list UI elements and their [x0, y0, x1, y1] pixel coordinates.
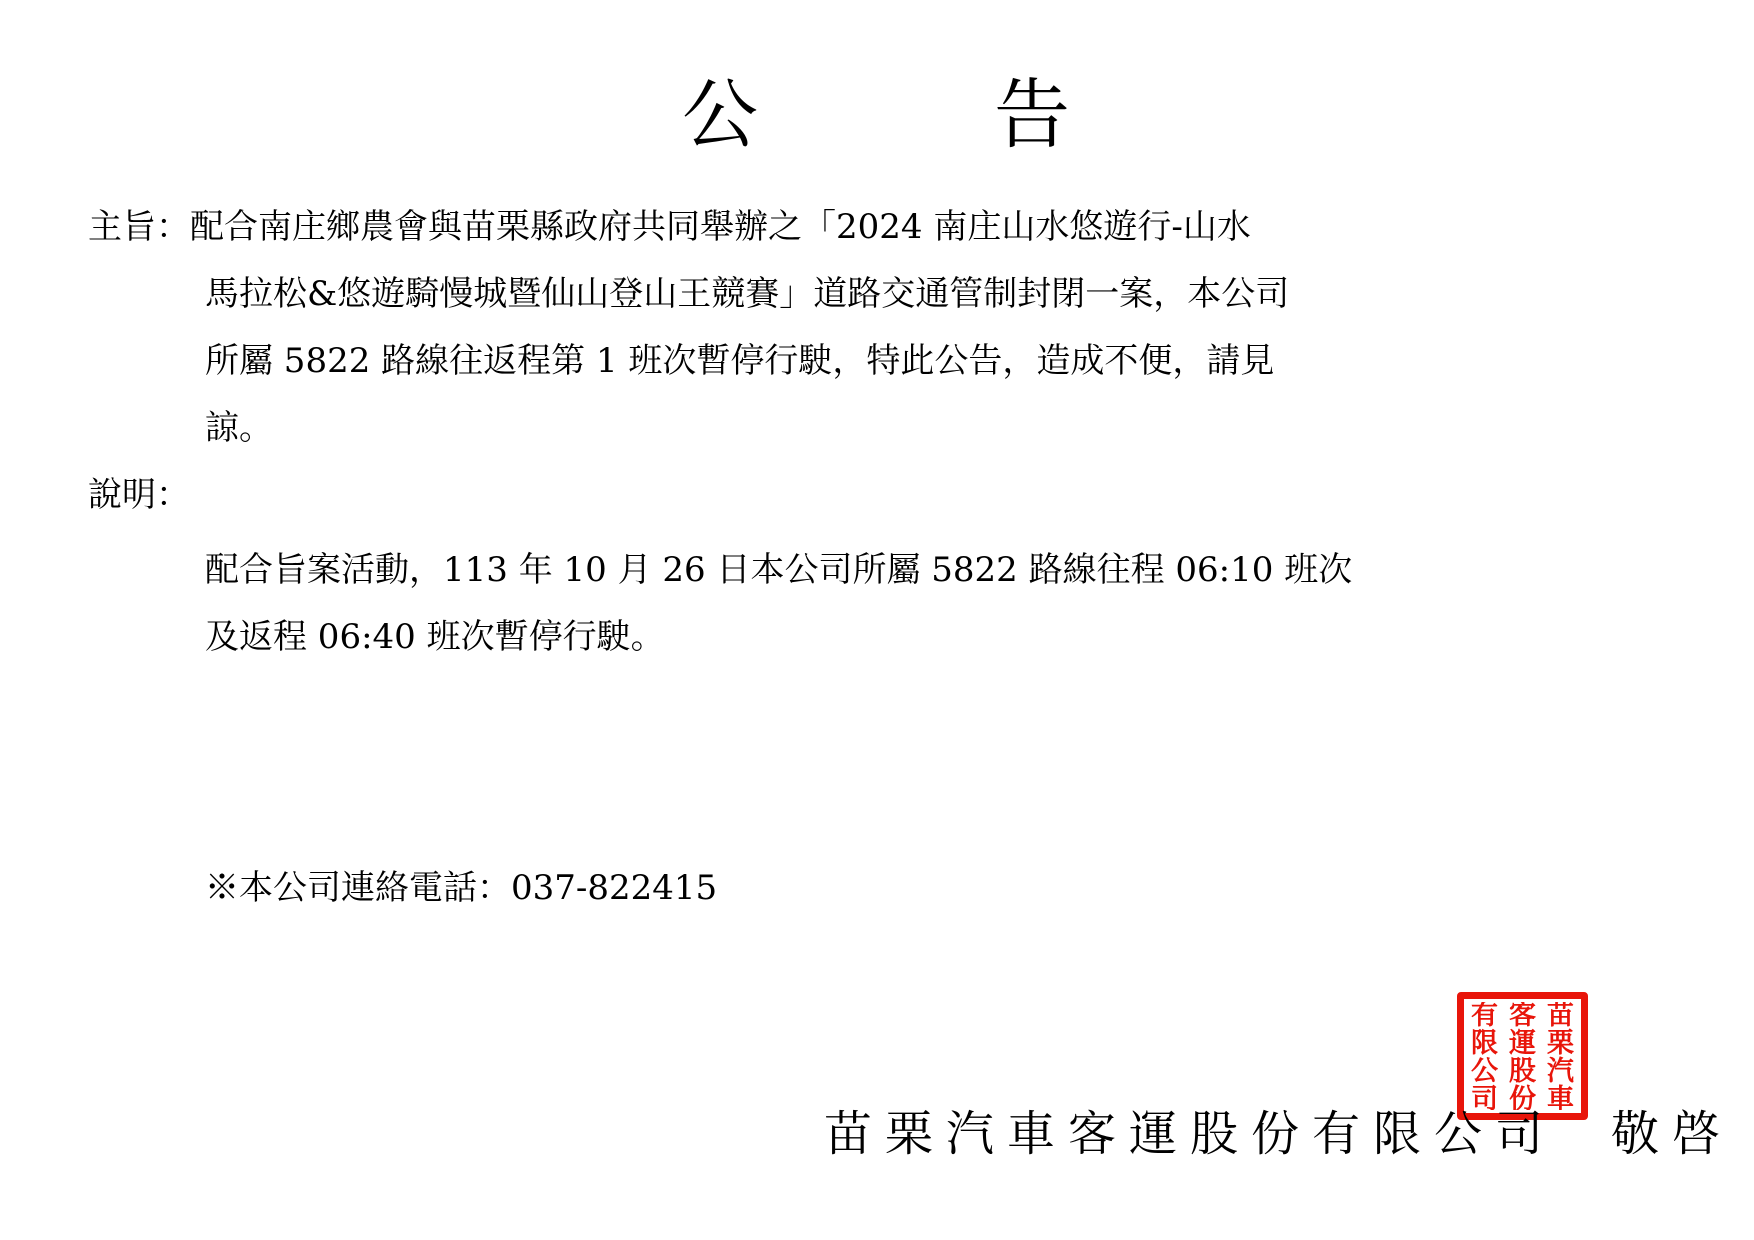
signature-closing: 敬啓 [1611, 1106, 1733, 1162]
subject-line-4: 諒。 [205, 395, 1754, 462]
seal-column-left: 有限公司 [1466, 1002, 1503, 1110]
seal-column-right: 苗栗汽車 [1542, 1002, 1579, 1110]
company-name: 苗栗汽車客運股份有限公司 [824, 1106, 1556, 1162]
explanation-section: 說明： 配合旨案活動，113 年 10 月 26 日本公司所屬 5822 路線往… [0, 462, 1754, 671]
signature-row: 苗栗汽車客運股份有限公司敬啓 [763, 1029, 1754, 1239]
subject-line-3: 所屬 5822 路線往返程第 1 班次暫停行駛，特此公告，造成不便，請見 [205, 328, 1754, 395]
explanation-line-1: 配合旨案活動，113 年 10 月 26 日本公司所屬 5822 路線往程 06… [205, 537, 1754, 604]
announcement-document: 公 告 主旨：配合南庄鄉農會與苗栗縣政府共同舉辦之「2024 南庄山水悠遊行-山… [0, 0, 1754, 1240]
explanation-line-2: 及返程 06:40 班次暫停行駛。 [205, 604, 1754, 671]
seal-column-middle: 客運股份 [1504, 1002, 1541, 1110]
document-title: 公 告 [0, 0, 1754, 170]
company-seal-stamp: 有限公司 客運股份 苗栗汽車 [1457, 992, 1588, 1120]
subject-line-1: 主旨：配合南庄鄉農會與苗栗縣政府共同舉辦之「2024 南庄山水悠遊行-山水 [88, 194, 1754, 261]
subject-line-2: 馬拉松&悠遊騎慢城暨仙山登山王競賽」道路交通管制封閉一案，本公司 [205, 261, 1754, 328]
contact-phone-line: ※本公司連絡電話：037-822415 [205, 855, 1754, 922]
subject-section: 主旨：配合南庄鄉農會與苗栗縣政府共同舉辦之「2024 南庄山水悠遊行-山水 馬拉… [0, 194, 1754, 462]
explanation-heading: 說明： [88, 462, 1754, 529]
